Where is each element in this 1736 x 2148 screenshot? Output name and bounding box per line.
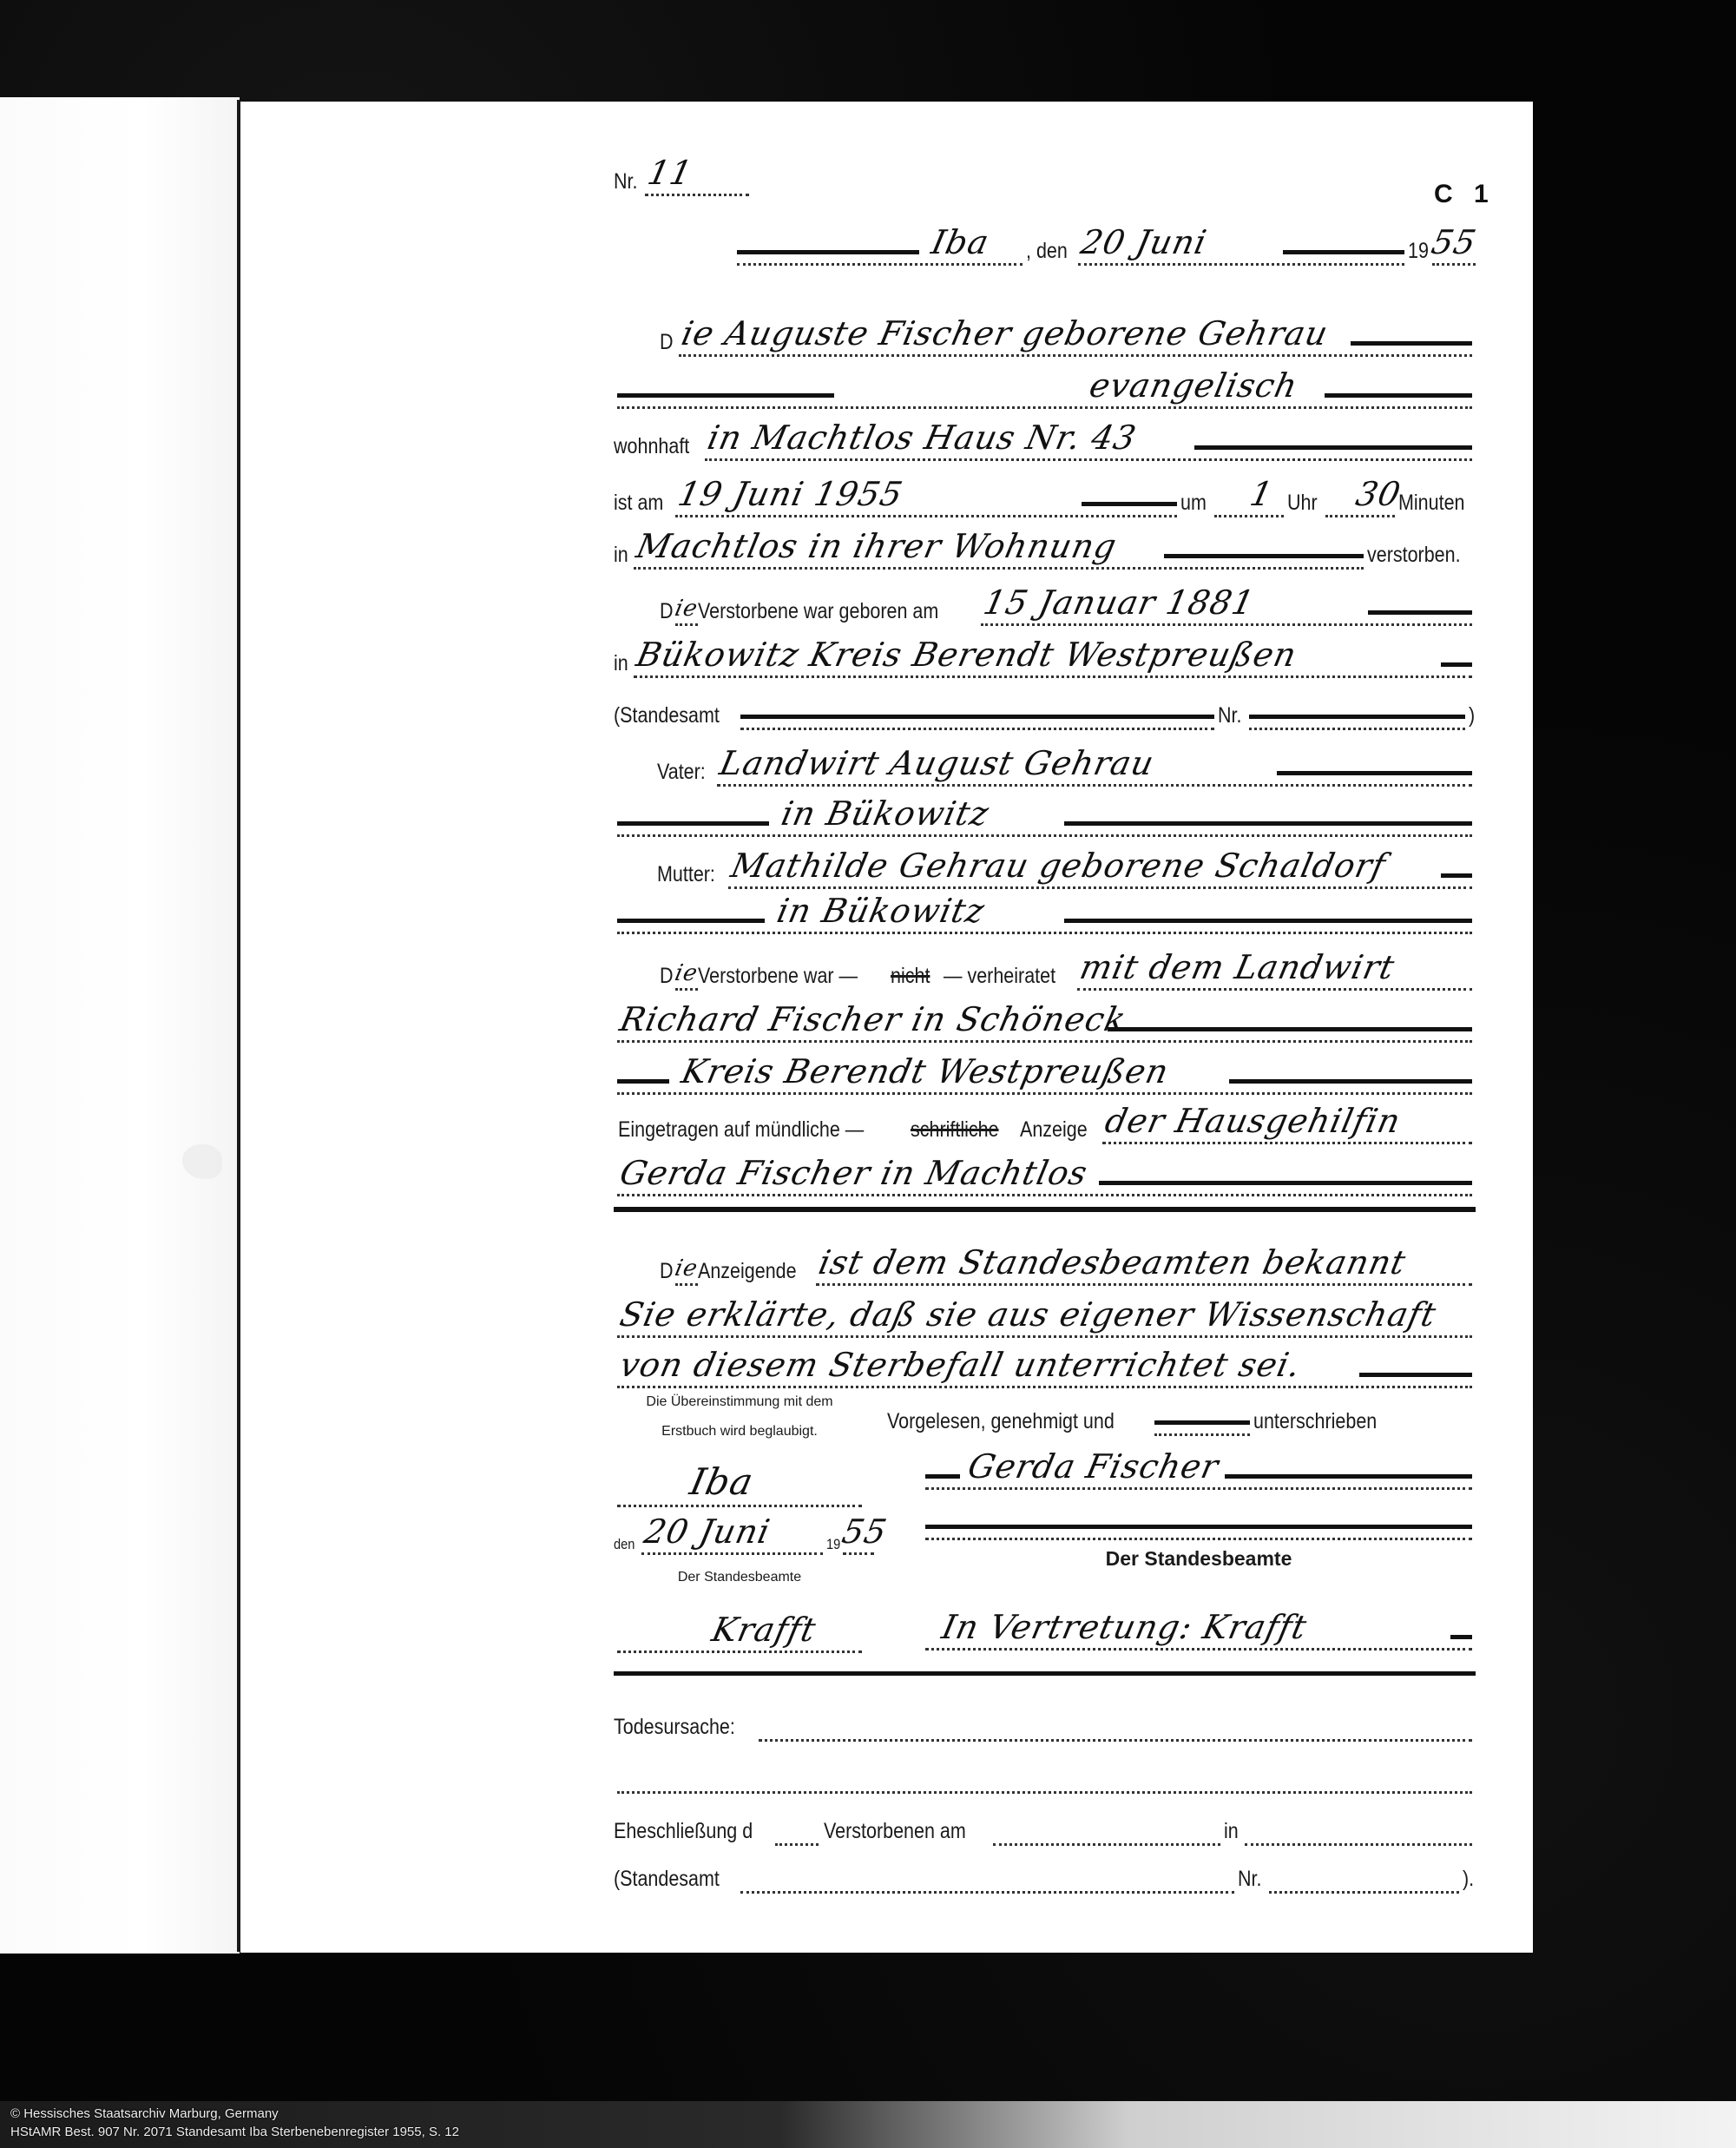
right-signature-field: In Vertretung: Krafft [925, 1606, 1472, 1651]
archive-reference: HStAMR Best. 907 Nr. 2071 Standesamt Iba… [10, 2125, 459, 2139]
ist-am-label: ist am [614, 492, 663, 517]
left-signature-row: Krafft [614, 1604, 865, 1653]
second-signature-row [922, 1492, 1476, 1540]
d-prefix: D [660, 332, 674, 357]
wohnhaft-label: wohnhaft [614, 436, 689, 461]
vater-label: Vater: [657, 761, 706, 787]
mother-place-row: in Bükowitz [614, 886, 1476, 934]
mother-place-field: in Bükowitz [617, 890, 1472, 934]
vorgelesen-row: Vorgelesen, genehmigt und unterschrieben [887, 1387, 1476, 1436]
marriage-nr-label: Nr. [1238, 1868, 1261, 1894]
place-value: Iba [928, 223, 992, 261]
birth-label: Verstorbene war geboren am [698, 601, 938, 626]
birth-standesamt-label: (Standesamt [614, 705, 720, 730]
todesursache-label: Todesursache: [614, 1716, 735, 1742]
bottom-section-divider [614, 1671, 1476, 1676]
birth-in-label: in [614, 653, 628, 678]
death-place-row: in Machtlos in ihrer Wohnung verstorben. [614, 521, 1476, 570]
archive-caption-bar: © Hessisches Staatsarchiv Marburg, Germa… [0, 2101, 1736, 2148]
birth-article-value: ie [673, 596, 700, 622]
death-place-field: Machtlos in ihrer Wohnung [634, 525, 1363, 570]
marriage-struck-word: nicht [891, 965, 930, 991]
birth-article-field: ie [675, 582, 698, 626]
section-divider [614, 1207, 1476, 1212]
mother-value: Mathilde Gehrau geborene Schaldorf [727, 847, 1389, 885]
father-field: Landwirt August Gehrau [717, 742, 1472, 787]
verstorben-label: verstorben. [1367, 544, 1461, 570]
marriage-d-prefix: D [660, 965, 674, 991]
spouse-line-1: mit dem Landwirt [1076, 948, 1398, 986]
archive-copyright: © Hessisches Staatsarchiv Marburg, Germa… [10, 2106, 279, 2121]
minutes-value: 30 [1352, 475, 1404, 513]
verstorbenen-am-label: Verstorbenen am [824, 1821, 966, 1846]
unterschrieben-label: unterschrieben [1253, 1411, 1377, 1436]
year-value: 55 [1428, 223, 1480, 261]
death-datetime-row: ist am 19 Juni 1955 um 1 Uhr 30 Minuten [614, 469, 1476, 517]
marriage-record-row: Eheschließung d Verstorbenen am in [614, 1797, 1476, 1846]
marriage-article-value: ie [673, 960, 700, 986]
certification-date-value: 20 Juni [641, 1512, 774, 1551]
registration-informant-field-1: der Hausgehilfin [1102, 1100, 1472, 1144]
informant-d-prefix: D [660, 1261, 674, 1286]
father-place-field: in Bükowitz [617, 793, 1472, 837]
birth-place-field: Bükowitz Kreis Berendt Westpreußen [634, 634, 1472, 678]
anzeigende-label: Anzeigende [698, 1261, 797, 1286]
informant-line-1: ist dem Standesbeamten bekannt [815, 1243, 1410, 1282]
cause-of-death-row: Todesursache: [614, 1693, 1476, 1742]
spouse-line-3: Kreis Berendt Westpreußen [678, 1052, 1172, 1090]
certification-year-value: 55 [838, 1512, 891, 1551]
year-prefix: 19 [1408, 240, 1429, 266]
registration-label-a: Eingetragen auf mündliche — [618, 1119, 864, 1144]
birth-d-prefix: D [660, 601, 674, 626]
left-official-label: Der Standesbeamte [614, 1570, 865, 1585]
cause-of-death-field[interactable] [759, 1697, 1472, 1742]
place-field: Iba [737, 221, 1023, 266]
spouse-field-3: Kreis Berendt Westpreußen [617, 1051, 1472, 1095]
religion-value: evangelisch [1086, 366, 1301, 405]
certification-place-field: Iba [617, 1463, 862, 1507]
left-signature-field: Krafft [617, 1609, 862, 1653]
spouse-field-1: mit dem Landwirt [1077, 946, 1472, 991]
death-date-field: 19 Juni 1955 [675, 473, 1177, 517]
informant-article-field: ie [675, 1242, 698, 1286]
mother-place-value: in Bükowitz [773, 892, 988, 930]
informant-signature-field: Gerda Fischer [925, 1446, 1472, 1490]
marriage-close-paren: ). [1463, 1868, 1474, 1894]
right-official-label: Der Standesbeamte [922, 1547, 1476, 1571]
right-signature-row: In Vertretung: Krafft [922, 1602, 1476, 1651]
deceased-name-row: D ie Auguste Fischer geborene Gehrau [660, 308, 1476, 357]
father-place-value: in Bükowitz [778, 794, 992, 833]
registration-informant-line-1: der Hausgehilfin [1101, 1102, 1404, 1140]
minutes-field: 30 [1325, 473, 1395, 517]
place-date-row: Iba , den 20 Juni 19 55 [733, 217, 1476, 266]
residence-value: in Machtlos Haus Nr. 43 [705, 418, 1141, 457]
informant-row-3: von diesem Sterbefall unterrichtet sei. [614, 1340, 1476, 1388]
spouse-row-3: Kreis Berendt Westpreußen [614, 1046, 1476, 1095]
birth-nr-label: Nr. [1218, 705, 1241, 730]
hour-field: 1 [1214, 473, 1284, 517]
certification-date-field: 20 Juni [641, 1511, 823, 1555]
certification-left-line-1: Die Übereinstimmung mit dem [614, 1394, 865, 1410]
marriage-registry-number-field[interactable] [1269, 1849, 1459, 1894]
spouse-row-2: Richard Fischer in Schöneck [614, 994, 1476, 1043]
mother-field: Mathilde Gehrau geborene Schaldorf [728, 845, 1472, 889]
date-field: 20 Juni [1078, 221, 1404, 266]
death-place-value: Machtlos in ihrer Wohnung [634, 527, 1121, 565]
uhr-label: Uhr [1287, 492, 1318, 517]
informant-field-3: von diesem Sterbefall unterrichtet sei. [617, 1344, 1472, 1388]
informant-row-1: D ie Anzeigende ist dem Standesbeamten b… [660, 1237, 1476, 1286]
father-place-row: in Bükowitz [614, 788, 1476, 837]
marriage-registry-office-field[interactable] [740, 1849, 1234, 1894]
eheschliessung-label: Eheschließung d [614, 1821, 753, 1846]
marriage-label-b: — verheiratet [944, 965, 1055, 991]
birth-registry-row: (Standesamt Nr. ) [614, 682, 1476, 730]
certification-year-field: 55 [843, 1511, 874, 1555]
den-label: , den [1026, 240, 1068, 266]
right-signature: In Vertretung: Krafft [938, 1608, 1310, 1646]
birth-place-row: in Bükowitz Kreis Berendt Westpreußen [614, 629, 1476, 678]
spouse-field-2: Richard Fischer in Schöneck [617, 998, 1472, 1043]
residence-row: wohnhaft in Machtlos Haus Nr. 43 [614, 412, 1476, 461]
religion-field: evangelisch [617, 365, 1472, 409]
deceased-name-field: ie Auguste Fischer geborene Gehrau [679, 313, 1472, 357]
marriage-in-label: in [1224, 1821, 1239, 1846]
informant-signature-row: Gerda Fischer [922, 1441, 1476, 1490]
birth-date-field: 15 Januar 1881 [981, 582, 1472, 626]
second-signature-field [925, 1496, 1472, 1540]
certification-place-value: Iba [687, 1460, 758, 1503]
um-label: um [1180, 492, 1207, 517]
date-value: 20 Juni [1077, 223, 1210, 261]
mother-row: Mutter: Mathilde Gehrau geborene Schaldo… [657, 840, 1476, 889]
informant-field-2: Sie erklärte, daß sie aus eigener Wissen… [617, 1294, 1472, 1338]
marriage-label-a: Verstorbene war — [698, 965, 858, 991]
certification-place-row: Iba [614, 1459, 865, 1507]
registration-row: Eingetragen auf mündliche — schriftliche… [618, 1096, 1476, 1144]
in-label: in [614, 544, 628, 570]
cause-of-death-field-2[interactable] [617, 1749, 1472, 1794]
informant-line-3: von diesem Sterbefall unterrichtet sei. [616, 1346, 1304, 1384]
birth-date-value: 15 Januar 1881 [981, 583, 1259, 622]
marriage-date-field[interactable] [993, 1802, 1220, 1846]
registration-informant-field-2: Gerda Fischer in Machtlos [617, 1152, 1472, 1196]
marriage-standesamt-label: (Standesamt [614, 1868, 720, 1894]
informant-field-1: ist dem Standesbeamten bekannt [816, 1242, 1472, 1286]
registration-informant-line-2: Gerda Fischer in Machtlos [616, 1154, 1091, 1192]
registration-struck-word: schriftliche [911, 1119, 999, 1144]
residence-field: in Machtlos Haus Nr. 43 [705, 417, 1472, 461]
form-code: C 1 [1434, 180, 1496, 209]
marriage-article-field: ie [675, 946, 698, 991]
informant-line-2: Sie erklärte, daß sie aus eigener Wissen… [616, 1295, 1439, 1334]
marriage-registry-row: (Standesamt Nr. ). [614, 1845, 1476, 1894]
minuten-label: Minuten [1398, 492, 1464, 517]
marriage-article-blank[interactable] [775, 1802, 819, 1846]
certification-year-prefix: 19 [826, 1537, 840, 1555]
birth-registry-office-field [740, 686, 1215, 730]
registration-label-b: Anzeige [1020, 1119, 1088, 1144]
deceased-name-value: ie Auguste Fischer geborene Gehrau [678, 314, 1332, 353]
marriage-row: D ie Verstorbene war — nicht — verheirat… [660, 942, 1476, 991]
marriage-place-field[interactable] [1245, 1802, 1472, 1846]
informant-article-value: ie [673, 1255, 700, 1282]
certification-date-row: den 20 Juni 19 55 [614, 1506, 874, 1555]
informant-signature: Gerda Fischer [964, 1447, 1222, 1486]
cause-of-death-row-2 [614, 1745, 1476, 1794]
father-row: Vater: Landwirt August Gehrau [657, 738, 1476, 787]
birth-place-value: Bükowitz Kreis Berendt Westpreußen [634, 636, 1301, 674]
birth-close-paren: ) [1469, 705, 1475, 730]
certification-left-line-2: Erstbuch wird beglaubigt. [614, 1424, 865, 1440]
hour-value: 1 [1246, 475, 1277, 513]
register-number-field: 11 [645, 152, 749, 196]
register-number-row: Nr. 11 [614, 148, 874, 196]
birth-registry-number-field [1249, 686, 1464, 730]
certification-den-label: den [614, 1537, 635, 1555]
spouse-line-2: Richard Fischer in Schöneck [616, 1000, 1129, 1038]
birth-date-row: D ie Verstorbene war geboren am 15 Janua… [660, 577, 1476, 626]
informant-row-2: Sie erklärte, daß sie aus eigener Wissen… [614, 1289, 1476, 1338]
nr-label: Nr. [614, 171, 637, 196]
vorgelesen-label: Vorgelesen, genehmigt und [887, 1411, 1115, 1436]
year-field: 55 [1432, 221, 1476, 266]
registration-row-2: Gerda Fischer in Machtlos [614, 1148, 1476, 1196]
father-value: Landwirt August Gehrau [716, 744, 1157, 782]
left-signature: Krafft [708, 1611, 819, 1649]
register-number-value: 11 [644, 154, 696, 192]
death-date-value: 19 Juni 1955 [674, 475, 906, 513]
vorgelesen-blank [1154, 1392, 1250, 1436]
death-register-form: Nr. 11 C 1 Iba , den 20 Juni 19 55 D ie … [0, 0, 1736, 2148]
religion-row: evangelisch [614, 360, 1476, 409]
